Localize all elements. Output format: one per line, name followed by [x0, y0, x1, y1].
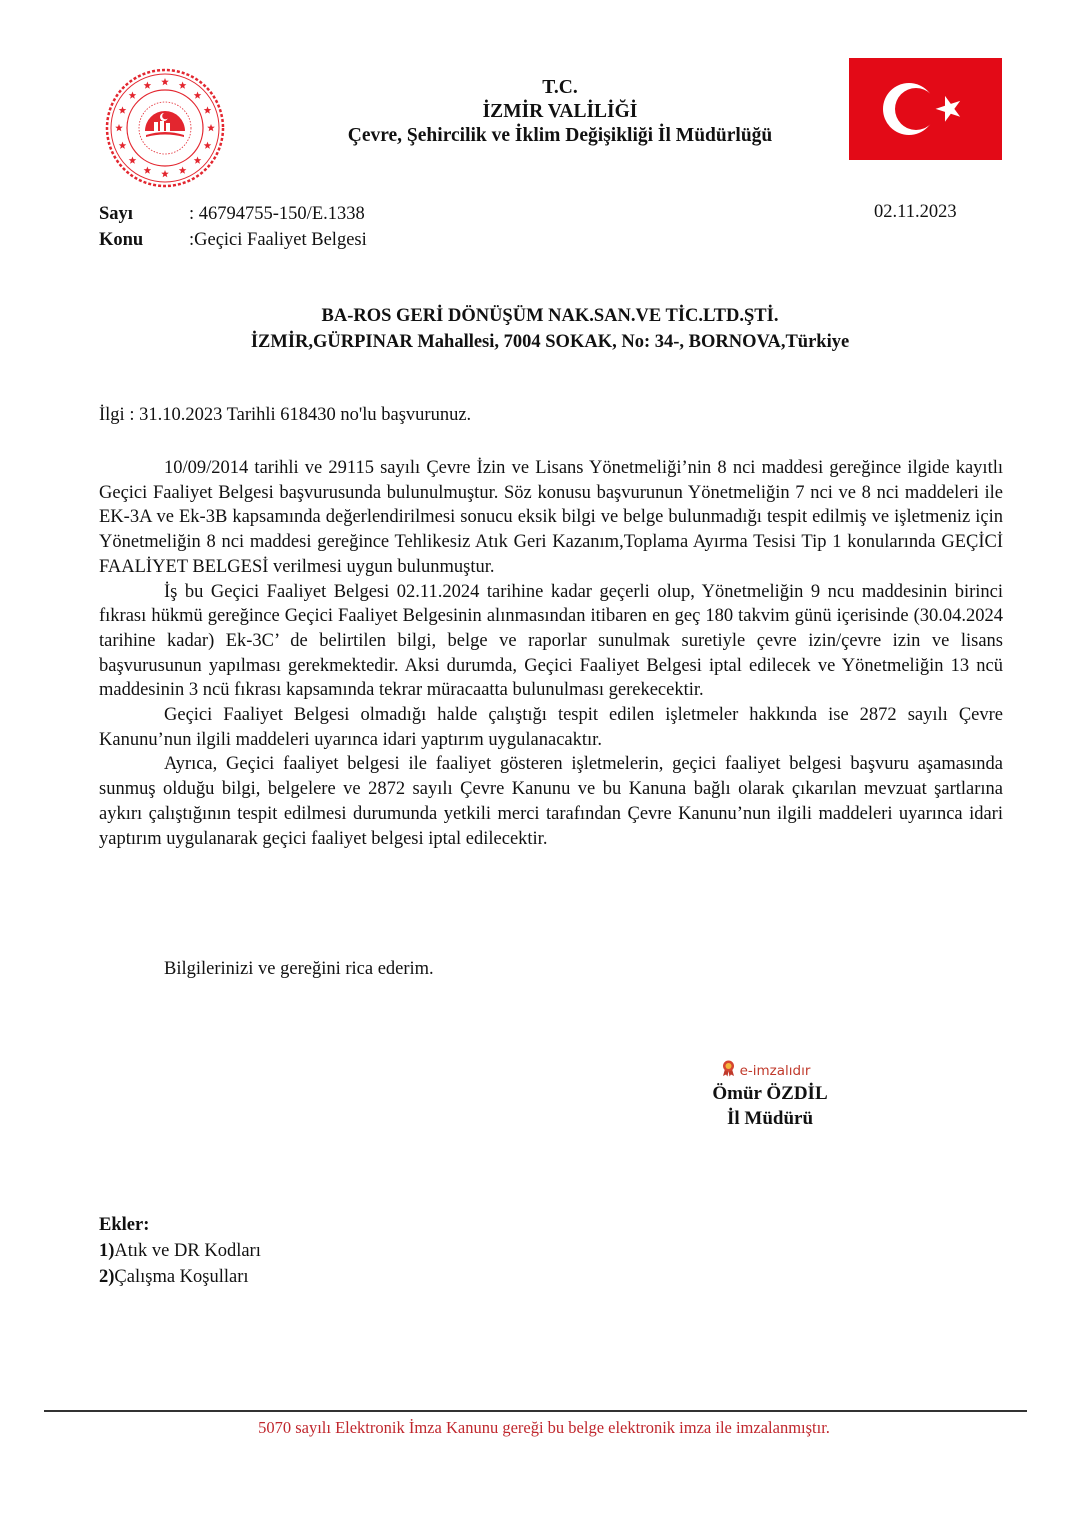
header-governorship: İZMİR VALİLİĞİ: [280, 100, 840, 124]
footer-notice: 5070 sayılı Elektronik İmza Kanunu gereğ…: [44, 1418, 1044, 1438]
document-header: T.C. İZMİR VALİLİĞİ Çevre, Şehircilik ve…: [280, 76, 840, 148]
attachments-title: Ekler:: [99, 1212, 261, 1238]
body-paragraph: Geçici Faaliyet Belgesi olmadığı halde ç…: [99, 703, 1003, 752]
recipient-name: BA-ROS GERİ DÖNÜŞÜM NAK.SAN.VE TİC.LTD.Ş…: [100, 303, 1000, 329]
signature-block: e-imzalıdır Ömür ÖZDİL İl Müdürü: [680, 1060, 860, 1131]
turkish-flag-icon: [849, 58, 1002, 160]
body-paragraph: İş bu Geçici Faaliyet Belgesi 02.11.2024…: [99, 580, 1003, 704]
footer-divider: [44, 1410, 1027, 1412]
sayi-value: : 46794755-150/E.1338: [189, 204, 365, 224]
signatory-title: İl Müdürü: [680, 1106, 860, 1131]
header-directorate: Çevre, Şehircilik ve İklim Değişikliği İ…: [280, 124, 840, 148]
konu-value: :Geçici Faaliyet Belgesi: [189, 230, 367, 250]
closing-line: Bilgilerinizi ve gereğini rica ederim.: [164, 959, 434, 980]
attachment-item: 2)Çalışma Koşulları: [99, 1264, 261, 1290]
ministry-seal-icon: [104, 67, 226, 189]
letter-body: 10/09/2014 tarihli ve 29115 sayılı Çevre…: [99, 456, 1003, 851]
body-paragraph: Ayrıca, Geçici faaliyet belgesi ile faal…: [99, 752, 1003, 851]
recipient-block: BA-ROS GERİ DÖNÜŞÜM NAK.SAN.VE TİC.LTD.Ş…: [100, 303, 1000, 355]
document-date: 02.11.2023: [874, 202, 957, 223]
sayi-label: Sayı: [99, 202, 189, 226]
e-signature-label: e-imzalıdır: [740, 1063, 811, 1079]
recipient-address: İZMİR,GÜRPINAR Mahallesi, 7004 SOKAK, No…: [100, 329, 1000, 355]
body-paragraph: 10/09/2014 tarihli ve 29115 sayılı Çevre…: [99, 456, 1003, 580]
konu-row: Konu:Geçici Faaliyet Belgesi: [99, 228, 367, 252]
sayi-row: Sayı: 46794755-150/E.1338: [99, 202, 365, 226]
reference-line: İlgi : 31.10.2023 Tarihli 618430 no'lu b…: [99, 405, 471, 426]
e-signature-badge: e-imzalıdır: [672, 1060, 860, 1081]
header-tc: T.C.: [280, 76, 840, 100]
award-ribbon-icon: [722, 1060, 735, 1081]
attachment-item: 1)Atık ve DR Kodları: [99, 1238, 261, 1264]
konu-label: Konu: [99, 228, 189, 252]
attachments-block: Ekler: 1)Atık ve DR Kodları 2)Çalışma Ko…: [99, 1212, 261, 1290]
signatory-name: Ömür ÖZDİL: [680, 1081, 860, 1106]
